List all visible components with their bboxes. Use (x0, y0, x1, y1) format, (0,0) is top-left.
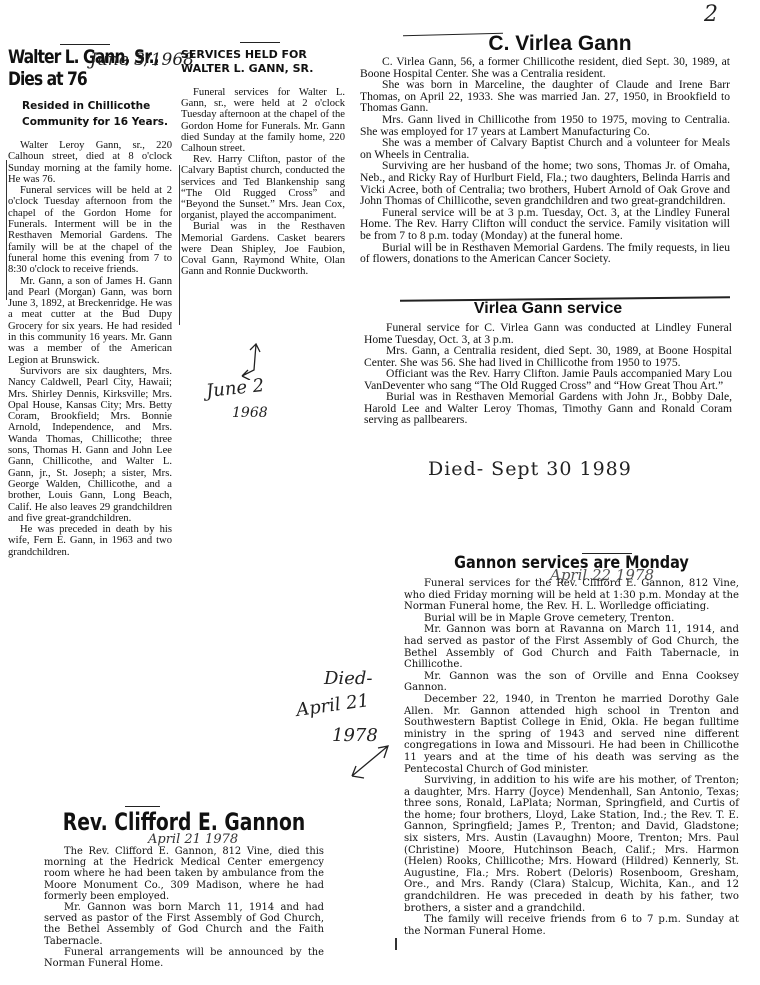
paragraph: Mr. Gannon was born at Ravanna on March … (404, 624, 739, 670)
handwritten-arrow-icon (222, 340, 262, 380)
headline-line-2: WALTER L. GANN, SR. (181, 62, 345, 76)
walter-gann-subhead: Resided in Chillicothe Community for 16 … (8, 98, 172, 130)
paragraph: Funeral service will be at 3 p.m. Tuesda… (360, 207, 730, 242)
paragraph: Mr. Gann, a son of James H. Gann and Pea… (8, 276, 172, 366)
gannon-services-body: Funeral services for the Rev. Clifford E… (404, 578, 739, 937)
virlea-gann-service-clipping: Virlea Gann service Funeral service for … (364, 299, 732, 426)
virlea-service-headline: Virlea Gann service (364, 299, 732, 319)
handwritten-note-line-2: 1968 (232, 405, 268, 421)
headline-line-1: SERVICES HELD FOR (181, 48, 345, 62)
handwritten-note-line-2: April 21 (295, 690, 370, 721)
paragraph: Surviving are her husband of the home; t… (360, 160, 730, 206)
paragraph: Mr. Gannon was the son of Orville and En… (404, 671, 739, 694)
paragraph: The family will receive friends from 6 t… (404, 914, 739, 937)
virlea-gann-body: C. Virlea Gann, 56, a former Chillicothe… (360, 56, 730, 265)
paragraph: Surviving, in addition to his wife are h… (404, 775, 739, 914)
walter-gann-obituary-clipping: Walter L. Gann, Sr., Dies at 76 Resided … (8, 46, 172, 558)
handwritten-note-line-1: June 2 (205, 375, 265, 402)
walter-gann-body: Walter Leroy Gann, sr., 220 Calhoun stre… (8, 140, 172, 558)
paragraph: Funeral service for C. Virlea Gann was c… (364, 322, 732, 345)
virlea-service-body: Funeral service for C. Virlea Gann was c… (364, 322, 732, 426)
virlea-gann-headline: C. Virlea Gann (360, 32, 730, 56)
services-body: Funeral services for Walter L. Gann, sr.… (181, 87, 345, 277)
page-number-mark: 2 (704, 2, 718, 27)
paragraph: The Rev. Clifford E. Gannon, 812 Vine, d… (44, 846, 324, 902)
paragraph: Mrs. Gann lived in Chillicothe from 1950… (360, 114, 730, 137)
handwritten-date: June 3/1968 (90, 50, 194, 70)
paragraph: Survivors are six daughters, Mrs. Nancy … (8, 366, 172, 524)
clip-edge (179, 165, 180, 325)
handwritten-date: April 22 1978 (550, 566, 654, 584)
clipping-top-rule (60, 44, 110, 45)
paragraph: Funeral services for Walter L. Gann, sr.… (181, 87, 345, 154)
clipping-top-rule (125, 806, 160, 807)
paragraph: Burial was in Resthaven Memorial Gardens… (364, 391, 732, 426)
paragraph: He was preceded in death by his wife, Fe… (8, 524, 172, 558)
services-headline: SERVICES HELD FOR WALTER L. GANN, SR. (181, 48, 345, 76)
paragraph: C. Virlea Gann, 56, a former Chillicothe… (360, 56, 730, 79)
clipping-top-rule (240, 42, 280, 43)
paragraph: Funeral arrangements will be announced b… (44, 947, 324, 969)
virlea-gann-obituary-clipping: C. Virlea Gann C. Virlea Gann, 56, a for… (360, 32, 730, 265)
clifford-gannon-body: The Rev. Clifford E. Gannon, 812 Vine, d… (44, 846, 324, 969)
handwritten-arrow-icon (350, 742, 392, 782)
clip-edge (6, 160, 7, 300)
paragraph: Walter Leroy Gann, sr., 220 Calhoun stre… (8, 140, 172, 185)
paragraph: December 22, 1940, in Trenton he married… (404, 694, 739, 775)
headline-line-2: Dies at 76 (8, 68, 142, 90)
handwritten-death-date: Died- Sept 30 1989 (428, 458, 632, 480)
paragraph: Funeral services will be held at 2 o'clo… (8, 185, 172, 275)
handwritten-note-line-1: Died- (324, 668, 372, 689)
gannon-services-clipping: Gannon services are Monday Funeral servi… (404, 552, 739, 937)
paragraph: Mrs. Gann, a Centralia resident, died Se… (364, 345, 732, 368)
paragraph: She was born in Marceline, the daughter … (360, 79, 730, 114)
paragraph: She was a member of Calvary Baptist Chur… (360, 137, 730, 160)
paragraph: Burial will be in Maple Grove cemetery, … (404, 613, 739, 625)
walter-gann-services-clipping: SERVICES HELD FOR WALTER L. GANN, SR. Fu… (181, 48, 345, 277)
paragraph: Burial was in the Resthaven Memorial Gar… (181, 221, 345, 277)
paragraph: Officiant was the Rev. Harry Clifton. Ja… (364, 368, 732, 391)
handwritten-date: April 21 1978 (148, 832, 238, 847)
paragraph: Mr. Gannon was born March 11, 1914 and h… (44, 902, 324, 947)
clip-edge (395, 938, 397, 950)
paragraph: Rev. Harry Clifton, pastor of the Calvar… (181, 154, 345, 221)
paragraph: Burial will be in Resthaven Memorial Gar… (360, 242, 730, 265)
